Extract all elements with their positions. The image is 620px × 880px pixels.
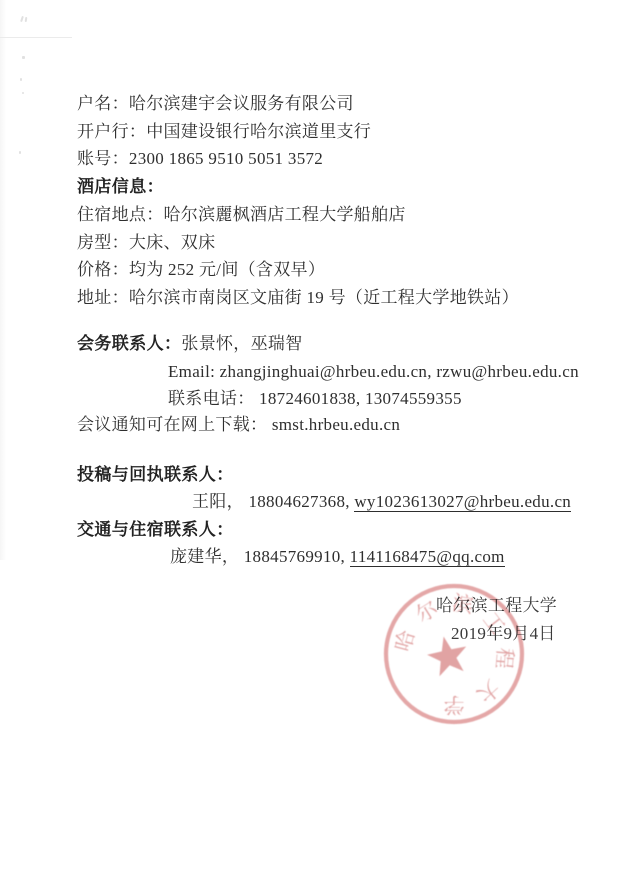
scan-speck bbox=[22, 92, 24, 94]
room-type-line: 房型：大床、双床 bbox=[77, 233, 215, 253]
submission-contact-heading: 投稿与回执联系人： bbox=[77, 465, 234, 485]
transport-contact-line: 庞建华， 18845769910, 1141168475@qq.com bbox=[170, 547, 505, 567]
scan-speck bbox=[20, 78, 22, 81]
conference-email-line: Email: zhangjinghuai@hrbeu.edu.cn, rzwu@… bbox=[168, 362, 579, 382]
scanned-document-page: 户名：哈尔滨建宇会议服务有限公司 开户行：中国建设银行哈尔滨道里支行 账号：23… bbox=[0, 0, 620, 880]
seal-char: 滨 bbox=[450, 591, 475, 618]
transport-contact-heading: 交通与住宿联系人： bbox=[77, 520, 234, 540]
price-line: 价格：均为 252 元/间（含双早） bbox=[77, 260, 325, 280]
scan-speck bbox=[22, 56, 25, 59]
address-line: 地址：哈尔滨市南岗区文庙街 19 号（近工程大学地铁站） bbox=[77, 288, 519, 308]
seal-star-icon bbox=[427, 637, 466, 677]
seal-char: 工 bbox=[478, 608, 510, 639]
scan-speck bbox=[20, 16, 24, 22]
hotel-location-line: 住宿地点：哈尔滨麗枫酒店工程大学船舶店 bbox=[77, 205, 406, 225]
bank-line: 开户行：中国建设银行哈尔滨道里支行 bbox=[77, 122, 371, 142]
university-seal-stamp: 哈 尔 滨 工 程 大 学 bbox=[378, 577, 530, 729]
conference-phone-line: 联系电话： 18724601838, 13074559355 bbox=[168, 389, 462, 409]
submission-contact-email: wy1023613027@hrbeu.edu.cn bbox=[354, 492, 571, 512]
seal-char: 程 bbox=[491, 647, 517, 670]
conference-contact-label: 会务联系人： bbox=[77, 334, 181, 353]
transport-contact-email: 1141168475@qq.com bbox=[350, 547, 505, 567]
account-name-line: 户名：哈尔滨建宇会议服务有限公司 bbox=[77, 94, 354, 114]
scan-speck bbox=[25, 17, 28, 22]
account-number-line: 账号：2300 1865 9510 5051 3572 bbox=[77, 149, 323, 169]
conference-contact-names: 张景怀，巫瑞智 bbox=[181, 334, 302, 353]
scan-artifact-line bbox=[0, 37, 72, 38]
seal-char: 学 bbox=[444, 692, 465, 716]
transport-contact-name-phone: 庞建华， 18845769910, bbox=[170, 547, 350, 566]
submission-contact-line: 王阳， 18804627368, wy1023613027@hrbeu.edu.… bbox=[192, 492, 571, 512]
hotel-heading: 酒店信息： bbox=[77, 177, 164, 197]
notice-download-line: 会议通知可在网上下载： smst.hrbeu.edu.cn bbox=[77, 415, 400, 435]
scan-speck bbox=[19, 151, 21, 154]
conference-contact-line: 会务联系人：张景怀，巫瑞智 bbox=[77, 334, 303, 354]
seal-char: 哈 bbox=[391, 628, 420, 654]
seal-char: 尔 bbox=[412, 596, 443, 628]
submission-contact-name-phone: 王阳， 18804627368, bbox=[192, 492, 354, 511]
